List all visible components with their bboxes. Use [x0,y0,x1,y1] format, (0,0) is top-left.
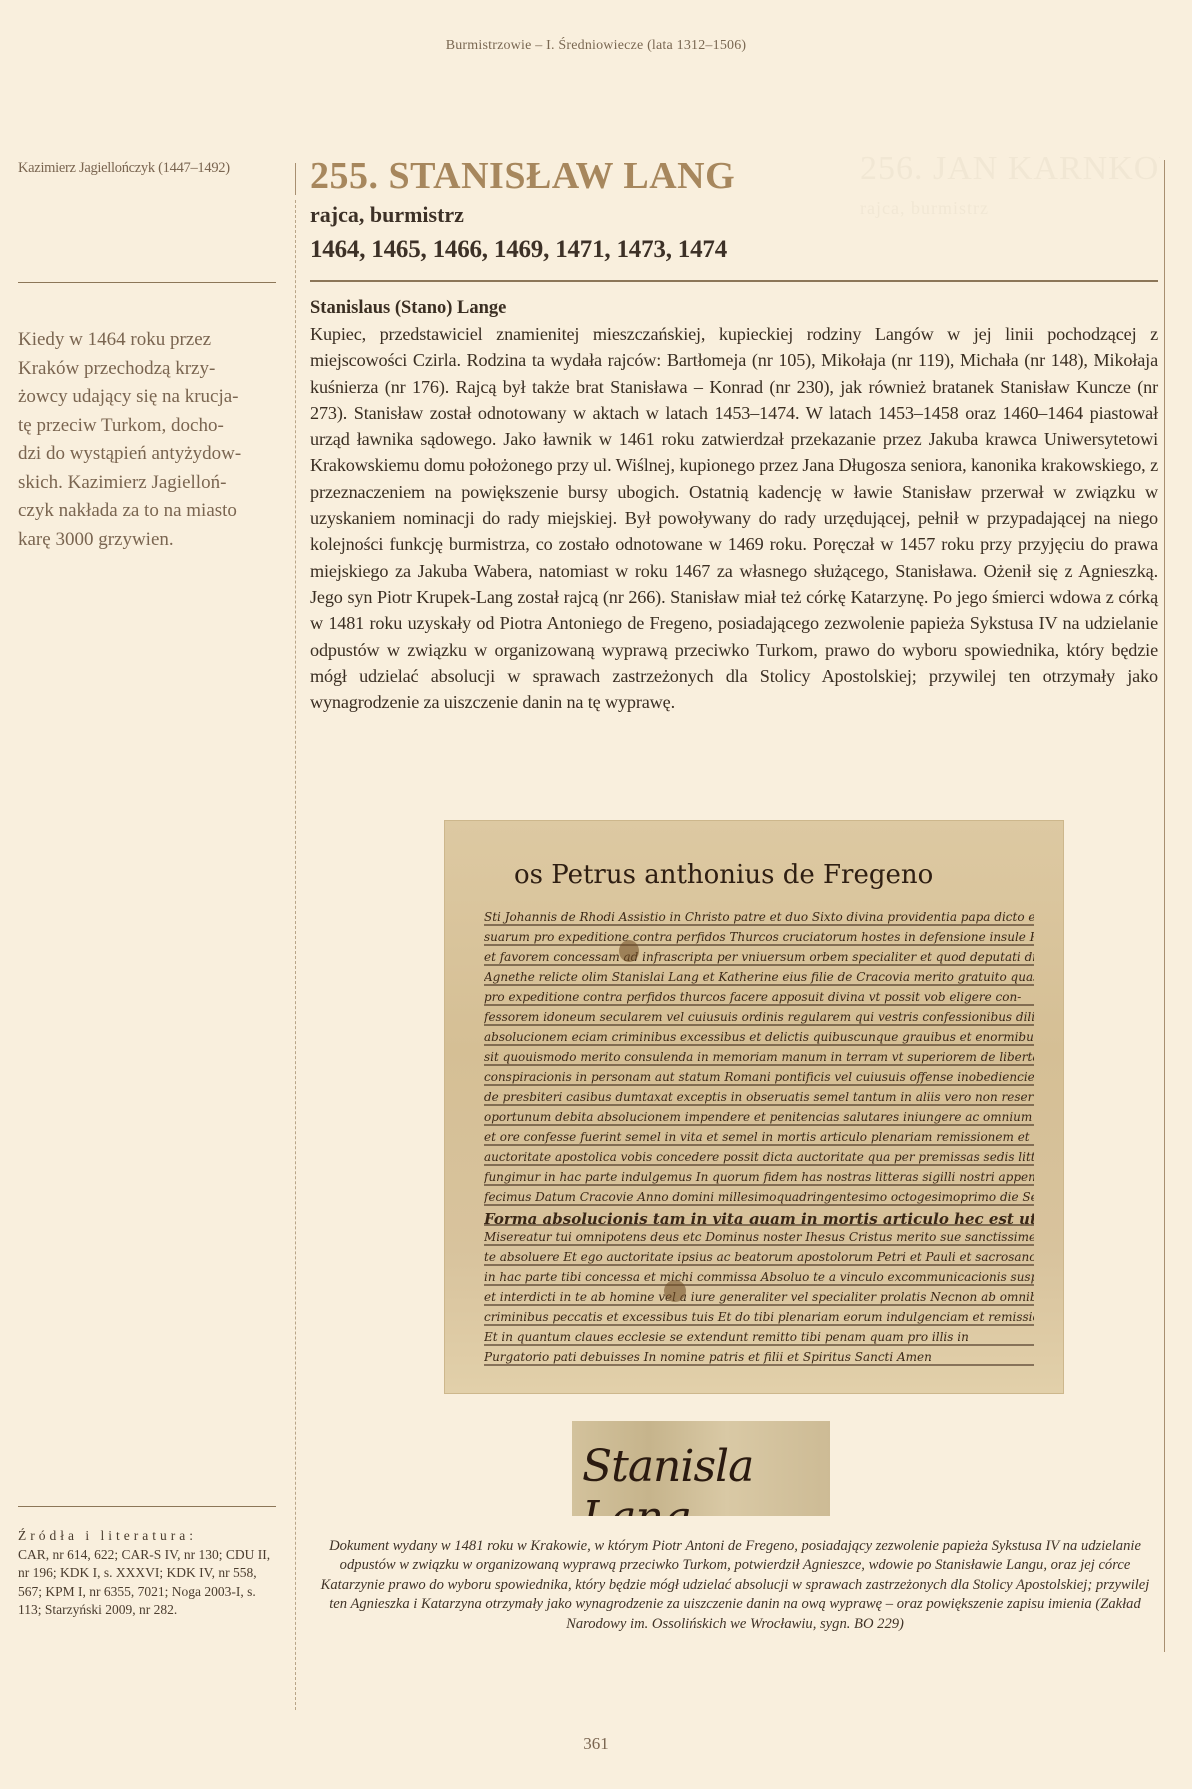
sidebar-note-line: dzi do wystąpień antyżydow- [18,440,276,469]
manuscript-line: de presbiteri casibus dumtaxat exceptis … [484,1090,1034,1106]
sidebar-note-line: żowcy udający się na krucja- [18,383,276,412]
manuscript-line: et favorem concessam ad infrascripta per… [484,950,1034,966]
manuscript-line: Agnethe relicte olim Stanislai Lang et K… [484,970,1034,986]
entry-years: 1464, 1465, 1466, 1469, 1471, 1473, 1474 [310,236,1158,264]
sidebar-note-line: Kraków przechodzą krzy- [18,355,276,384]
sidebar-note-line: czyk nakłada za to na miasto [18,497,276,526]
manuscript-line: Purgatorio pati debuisses In nomine patr… [484,1350,1034,1366]
sources-label: Źródła i literatura: [18,1527,276,1546]
column-rule-top [295,163,296,195]
manuscript-line: et interdicti in te ab homine vel a iure… [484,1290,1034,1306]
sidebar-note-line: tę przeciw Turkom, docho- [18,412,276,441]
manuscript-line: absolucionem eciam criminibus excessibus… [484,1030,1034,1046]
column-rule [295,200,296,1710]
manuscript-line: Et in quantum claues ecclesie se extendu… [484,1330,1034,1346]
manuscript-line: et ore confesse fuerint semel in vita et… [484,1130,1034,1146]
sources-text: CAR, nr 614, 622; CAR-S IV, nr 130; CDU … [18,1546,276,1620]
manuscript-line: Misereatur tui omnipotens deus etc Domin… [484,1230,1034,1246]
sidebar-reign: Kazimierz Jagiellończyk (1447–1492) [18,160,276,177]
manuscript-line: fessorem idoneum secularem vel cuiusuis … [484,1010,1034,1026]
manuscript-line: oportunum debita absolucionem impendere … [484,1110,1034,1126]
signature-text: Stanisla Lang [582,1441,830,1516]
manuscript-line: suarum pro expeditione contra perfidos T… [484,930,1034,946]
manuscript-line: auctoritate apostolica vobis concedere p… [484,1150,1034,1166]
sidebar-note-line: skich. Kazimierz Jagielloń- [18,469,276,498]
entry-divider [310,280,1158,282]
sidebar-divider-bottom [18,1506,276,1507]
signature-detail: Stanisla Lang [572,1421,830,1516]
manuscript-line: fungimur in hac parte indulgemus In quor… [484,1170,1034,1186]
manuscript-line: fecimus Datum Cracovie Anno domini mille… [484,1190,1034,1206]
entry-latin-name: Stanislaus (Stano) Lange [310,298,1158,319]
entry-role: rajca, burmistrz [310,202,1158,228]
figure-caption: Dokument wydany w 1481 roku w Krakowie, … [310,1537,1160,1634]
manuscript-line: sit quouismodo merito consulenda in memo… [484,1050,1034,1066]
entry-body: Kupiec, przedstawiciel znamienitej miesz… [310,321,1158,715]
sources: Źródła i literatura: CAR, nr 614, 622; C… [18,1527,276,1620]
entry-title: 255. STANISŁAW LANG [310,154,1158,198]
manuscript-heading: os Petrus anthonius de Fregeno [514,860,933,890]
sidebar-note-line: karę 3000 grzywien. [18,526,276,555]
sidebar-note: Kiedy w 1464 roku przez Kraków przechodz… [18,326,276,554]
column-rule-right [1164,160,1165,1652]
manuscript-line: in hac parte tibi concessa et michi comm… [484,1270,1034,1286]
manuscript-stain [664,1280,686,1302]
sidebar-note-line: Kiedy w 1464 roku przez [18,326,276,355]
manuscript-line: criminibus peccatis et excessibus tuis E… [484,1310,1034,1326]
manuscript-line: Forma absolucionis tam in vita quam in m… [484,1210,1034,1226]
page-number: 361 [0,1734,1192,1754]
manuscript-image: os Petrus anthonius de Fregeno Sti Johan… [444,820,1064,1394]
sidebar-divider-top [18,282,276,283]
manuscript-line: te absoluere Et ego auctoritate ipsius a… [484,1250,1034,1266]
manuscript-line: Sti Johannis de Rhodi Assistio in Christ… [484,910,1034,926]
manuscript-line: pro expeditione contra perfidos thurcos … [484,990,1034,1006]
running-head: Burmistrzowie – I. Średniowiecze (lata 1… [0,38,1192,54]
manuscript-line: conspiracionis in personam aut statum Ro… [484,1070,1034,1086]
manuscript-stain [619,940,639,962]
